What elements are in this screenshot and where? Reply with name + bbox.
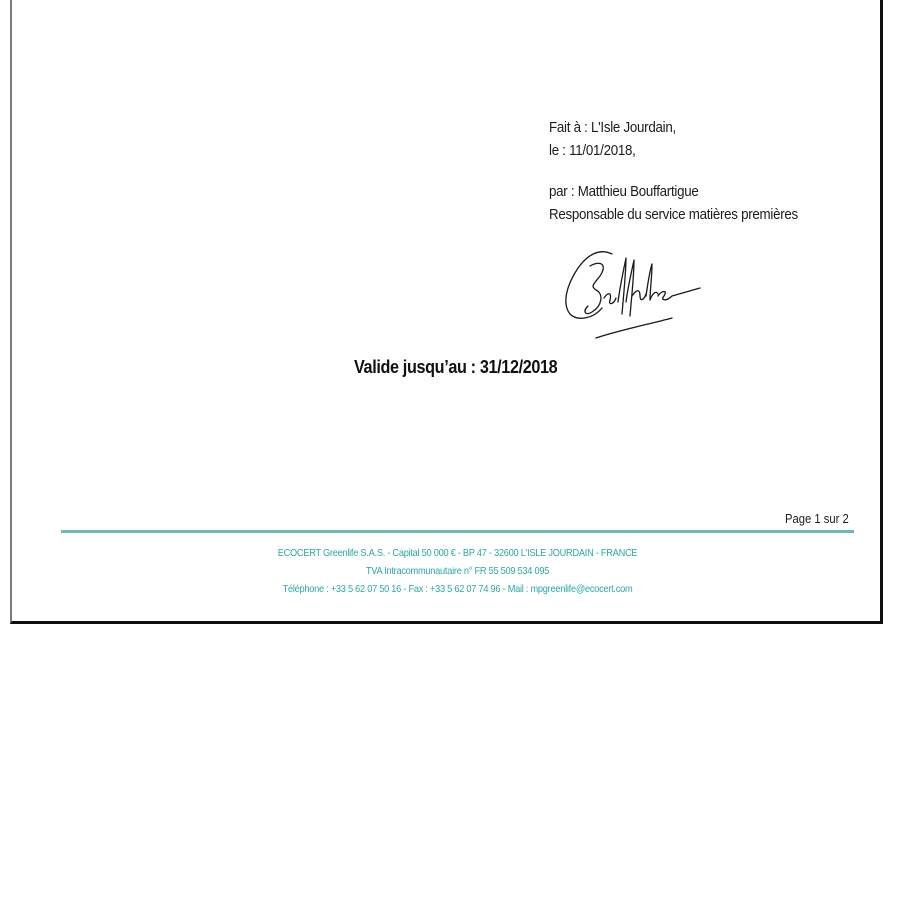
- footer-divider: [61, 530, 854, 533]
- date-line: le : 11/01/2018,: [549, 140, 798, 163]
- signatory-role: Responsable du service matières première…: [549, 204, 798, 227]
- page-number: Page 1 sur 2: [785, 512, 849, 526]
- place-line: Fait à : L'Isle Jourdain,: [549, 117, 798, 140]
- document-page: Fait à : L'Isle Jourdain, le : 11/01/201…: [10, 0, 883, 624]
- signature-block: Fait à : L'Isle Jourdain, le : 11/01/201…: [549, 117, 798, 227]
- spacer: [549, 163, 798, 181]
- validity-date: Valide jusqu’au : 31/12/2018: [354, 357, 557, 378]
- signatory-name: par : Matthieu Bouffartigue: [549, 181, 798, 204]
- company-footer: ECOCERT Greenlife S.A.S. - Capital 50 00…: [61, 544, 854, 598]
- footer-vat-line: TVA Intracommunautaire n° FR 55 509 534 …: [109, 562, 807, 580]
- handwritten-signature-icon: [560, 246, 710, 346]
- footer-contact-line: Téléphone : +33 5 62 07 50 16 - Fax : +3…: [109, 580, 807, 598]
- footer-company-line: ECOCERT Greenlife S.A.S. - Capital 50 00…: [109, 544, 807, 562]
